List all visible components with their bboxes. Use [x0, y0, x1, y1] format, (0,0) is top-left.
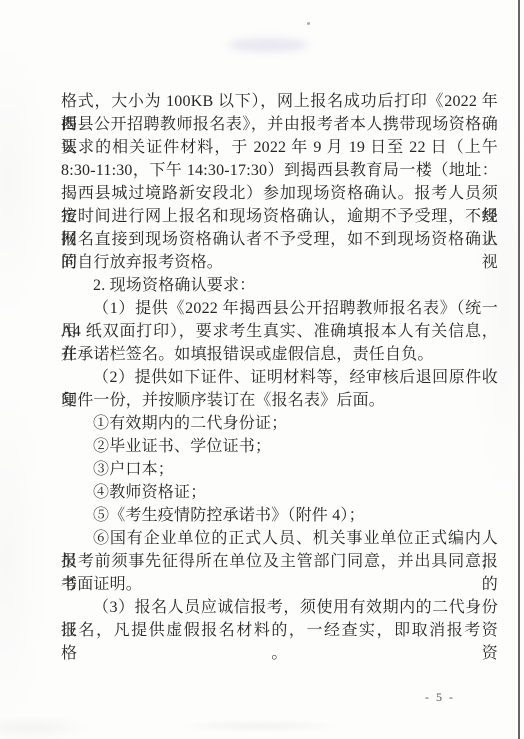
text-line: ①有效期内的二代身份证；	[61, 412, 498, 435]
document-body: 格式，大小为 100KB 以下），网上报名成功后打印《2022 年揭西县公开招聘…	[61, 90, 498, 642]
text-line: 西县公开招聘教师报名表》，并由报考者本人携带现场资格确认	[61, 113, 498, 136]
text-line: A4 纸双面打印），要求考生真实、准确填报本人有关信息，并	[61, 320, 498, 343]
text-line: ②毕业证书、学位证书；	[61, 435, 498, 458]
text-line: （3）报名人员应诚信报考，须使用有效期内的二代身份证	[61, 596, 498, 619]
page-number: - 5 -	[420, 690, 460, 705]
text-line: 2. 现场资格确认要求：	[61, 274, 498, 297]
text-line: 要求的相关证件材料，于 2022 年 9 月 19 日至 22 日（上午	[61, 136, 498, 159]
text-line: （2）提供如下证件、证明材料等，经审核后退回原件收复	[61, 366, 498, 389]
text-line: ⑥国有企业单位的正式人员、机关事业单位正式编内人员，	[61, 527, 498, 550]
text-line: 印件一份，并按顺序装订在《报名表》后面。	[61, 389, 498, 412]
text-line: 报名直接到现场资格确认者不予受理，如不到现场资格确认的视	[61, 228, 498, 251]
text-line: ③户口本；	[61, 458, 498, 481]
text-line: 在承诺栏签名。如填报错误或虚假信息，责任自负。	[61, 343, 498, 366]
text-line: 报考前须事先征得所在单位及主管部门同意，并出具同意报考的	[61, 550, 498, 573]
text-line: 定时间进行网上报名和现场资格确认，逾期不予受理，不经网上	[61, 205, 498, 228]
document-page: 格式，大小为 100KB 以下），网上报名成功后打印《2022 年揭西县公开招聘…	[0, 0, 524, 739]
scan-speck	[307, 22, 310, 25]
text-line: 格式，大小为 100KB 以下），网上报名成功后打印《2022 年揭	[61, 90, 498, 113]
text-line: 8:30-11:30，下午 14:30-17:30）到揭西县教育局一楼（地址：	[61, 159, 498, 182]
watermark-smudge	[228, 38, 308, 52]
scan-edge-line	[518, 0, 520, 739]
text-line: ⑤《考生疫情防控承诺书》（附件 4）；	[61, 504, 498, 527]
text-line: ④教师资格证；	[61, 481, 498, 504]
text-line: （1）提供《2022 年揭西县公开招聘教师报名表》（统一用	[61, 297, 498, 320]
text-line: 报名，凡提供虚假报名材料的，一经查实，即取消报考资格。资	[61, 619, 498, 642]
text-line: 揭西县城过境路新安段北）参加现场资格确认。报考人员须按规	[61, 182, 498, 205]
